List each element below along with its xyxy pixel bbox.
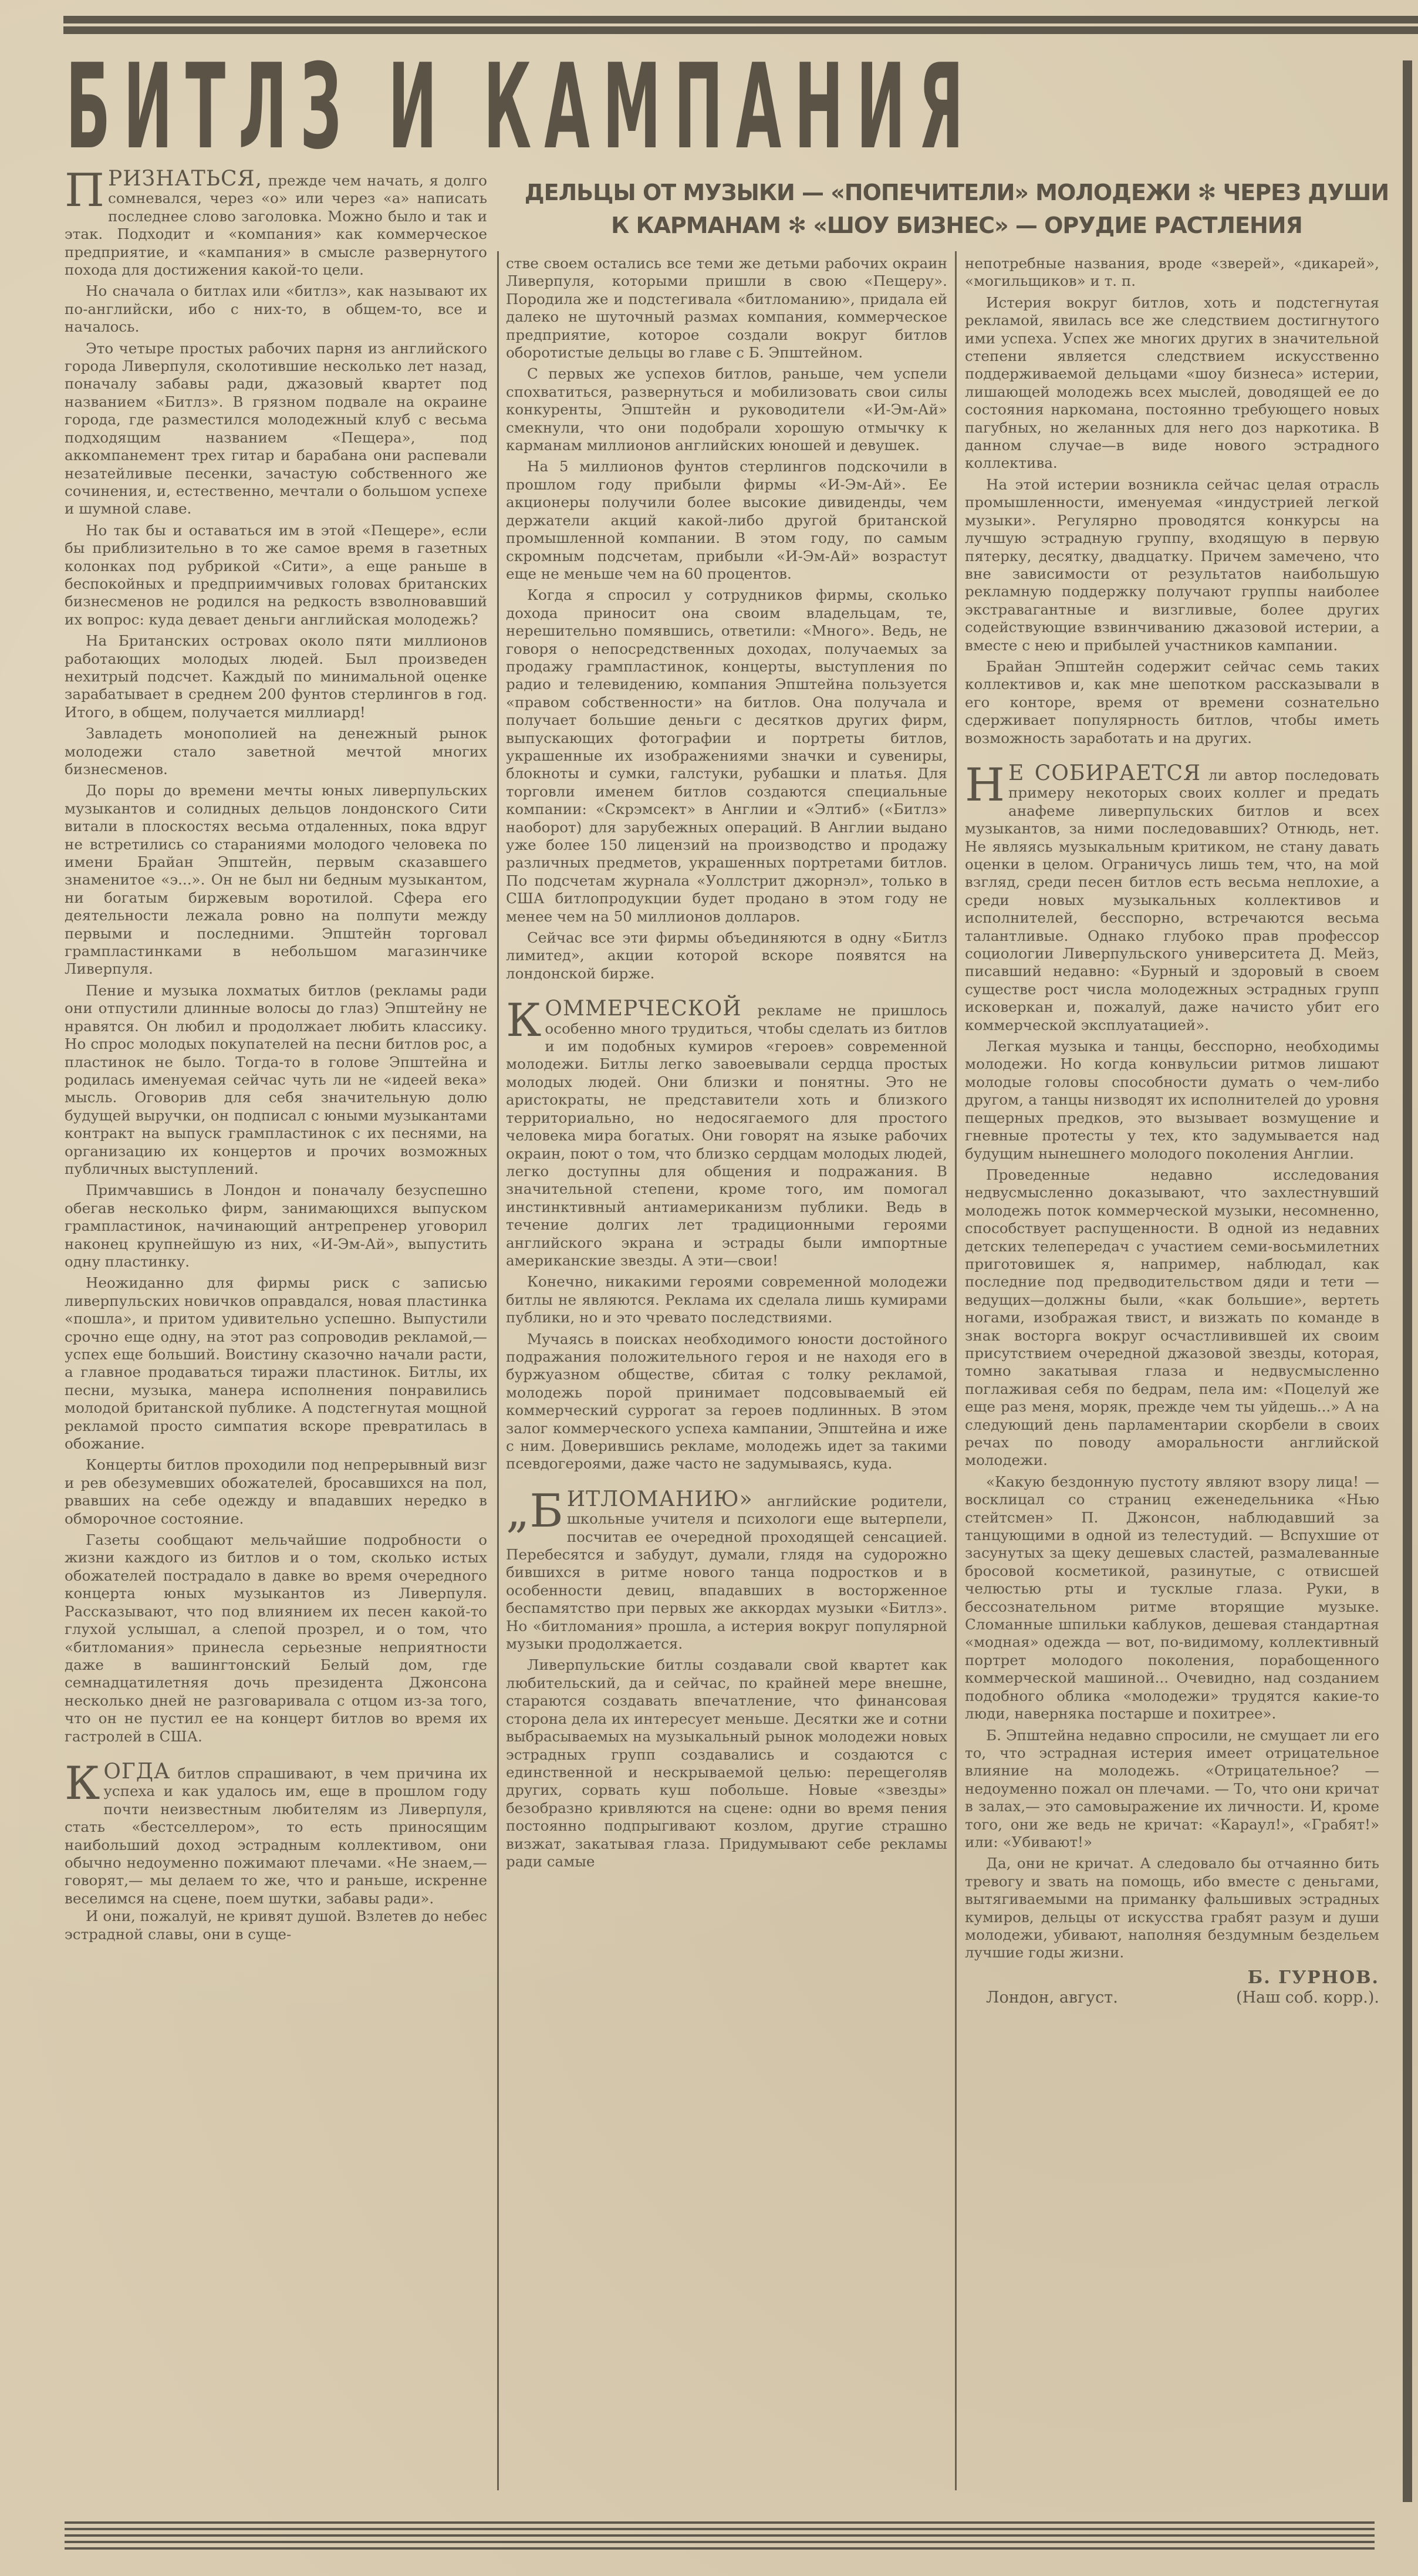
section-paragraph: КОГДА битлов спрашивают, в чем причина и…: [65, 1763, 487, 1907]
paragraph-group: стве своем остались все теми же детьми р…: [506, 255, 947, 983]
paragraph: Легкая музыка и танцы, бесспорно, необхо…: [965, 1038, 1379, 1163]
drop-cap: К: [65, 1765, 100, 1802]
subhead-line-2: К КАРМАНАМ ✻ «ШОУ БИЗНЕС» — ОРУДИЕ РАСТЛ…: [516, 209, 1397, 242]
paragraph-group: Но сначала о битлах или «битлз», как наз…: [65, 282, 487, 1746]
paragraph: Завладеть монополией на денежный рынок м…: [65, 725, 487, 778]
paragraph: На Британских островах около пяти миллио…: [65, 632, 487, 721]
paragraph: Истерия вокруг битлов, хоть и подстегнут…: [965, 294, 1379, 472]
lead-word: Е СОБИРАЕТСЯ: [1008, 761, 1201, 785]
dateline-place: Лондон, август.: [986, 1989, 1118, 2007]
intro-paragraph: ПРИЗНАТЬСЯ, прежде чем начать, я долго с…: [65, 170, 487, 279]
paragraph: Неожиданно для фирмы риск с записью ливе…: [65, 1274, 487, 1453]
column-3: непотребные названия, вроде «зверей», «д…: [965, 251, 1379, 2007]
section-paragraph: „БИТЛОМАНИЮ» английские родители, школьн…: [506, 1491, 947, 1653]
paragraph-group: Ливерпульские битлы создавали свой кварт…: [506, 1656, 947, 1871]
paragraph: И они, пожалуй, не кривят душой. Взлетев…: [65, 1907, 487, 1943]
paragraph: Пение и музыка лохматых битлов (рекламы …: [65, 982, 487, 1178]
column-2: стве своем остались все теми же детьми р…: [506, 251, 947, 1871]
paragraph: Но так бы и оставаться им в этой «Пещере…: [65, 522, 487, 629]
paragraph: Б. Эпштейна недавно спросили, не смущает…: [965, 1727, 1379, 1852]
paragraph: Сейчас все эти фирмы объединяются в одну…: [506, 929, 947, 983]
drop-cap: П: [65, 173, 104, 209]
paragraph: Это четыре простых рабочих парня из англ…: [65, 340, 487, 518]
section-paragraph: КОММЕРЧЕСКОЙ рекламе не пришлось особенн…: [506, 1000, 947, 1270]
bottom-staff-rules: [65, 2521, 1375, 2551]
paragraph: Конечно, никакими героями современной мо…: [506, 1273, 947, 1326]
lead-word: ОММЕРЧЕСКОЙ: [545, 997, 741, 1021]
top-rule: [63, 26, 1418, 34]
top-rule: [63, 16, 1418, 23]
paragraph-group: непотребные названия, вроде «зверей», «д…: [965, 255, 1379, 747]
paragraph: На 5 миллионов фунтов стерлингов подскоч…: [506, 458, 947, 583]
paragraph: Ливерпульские битлы создавали свой кварт…: [506, 1656, 947, 1871]
paragraph: До поры до времени мечты юных ливерпульс…: [65, 782, 487, 978]
lead-word: ИТЛОМАНИЮ»: [567, 1487, 753, 1511]
paragraph: С первых же успехов битлов, раньше, чем …: [506, 365, 947, 454]
paragraph: Примчавшись в Лондон и поначалу безуспеш…: [65, 1181, 487, 1271]
correspondent-credit: (Наш соб. корр.).: [1236, 1989, 1379, 2007]
article-headline: БИТЛЗ И КАМПАНИЯ: [66, 52, 1380, 163]
paragraph: «Какую бездонную пустоту являют взору ли…: [965, 1473, 1379, 1723]
column-divider: [955, 251, 957, 2490]
paragraph: Когда я спросил у сотрудников фирмы, ско…: [506, 586, 947, 926]
paragraph: Проведенные недавно исследования недвусм…: [965, 1166, 1379, 1470]
paragraph: Концерты битлов проходили под непрерывны…: [65, 1456, 487, 1528]
column-1: ПРИЗНАТЬСЯ, прежде чем начать, я долго с…: [65, 170, 487, 1943]
drop-cap: К: [506, 1002, 541, 1039]
paragraph: непотребные названия, вроде «зверей», «д…: [965, 255, 1379, 291]
paragraph: Мучаясь в поисках необходимого юности до…: [506, 1331, 947, 1473]
lead-word: ОГДА: [103, 1760, 170, 1784]
right-border-rule: [1403, 60, 1412, 2502]
lead-word: РИЗНАТЬСЯ,: [108, 167, 262, 191]
paragraph: На этой истерии возникла сейчас целая от…: [965, 476, 1379, 654]
article-subheadline: ДЕЛЬЦЫ ОТ МУЗЫКИ — «ПОПЕЧИТЕЛИ» МОЛОДЕЖИ…: [516, 176, 1397, 242]
subhead-line-1: ДЕЛЬЦЫ ОТ МУЗЫКИ — «ПОПЕЧИТЕЛИ» МОЛОДЕЖИ…: [516, 176, 1397, 209]
paragraph: Брайан Эпштейн содержит сейчас семь таки…: [965, 658, 1379, 747]
author-signature: Б. ГУРНОВ.: [965, 1969, 1379, 1987]
paragraph: Но сначала о битлах или «битлз», как наз…: [65, 282, 487, 336]
paragraph: стве своем остались все теми же детьми р…: [506, 255, 947, 362]
paragraph: Газеты сообщают мельчайшие подробности о…: [65, 1531, 487, 1746]
paragraph-group: Легкая музыка и танцы, бесспорно, необхо…: [965, 1038, 1379, 1962]
drop-cap: „Б: [506, 1493, 563, 1530]
column-divider: [497, 251, 499, 2490]
drop-cap: Н: [965, 767, 1005, 803]
dateline: Лондон, август. (Наш соб. корр.).: [965, 1989, 1379, 2007]
paragraph: Да, они не кричат. А следовало бы отчаян…: [965, 1855, 1379, 1961]
paragraph-group: Конечно, никакими героями современной мо…: [506, 1273, 947, 1473]
section-paragraph: НЕ СОБИРАЕТСЯ ли автор последовать приме…: [965, 765, 1379, 1034]
